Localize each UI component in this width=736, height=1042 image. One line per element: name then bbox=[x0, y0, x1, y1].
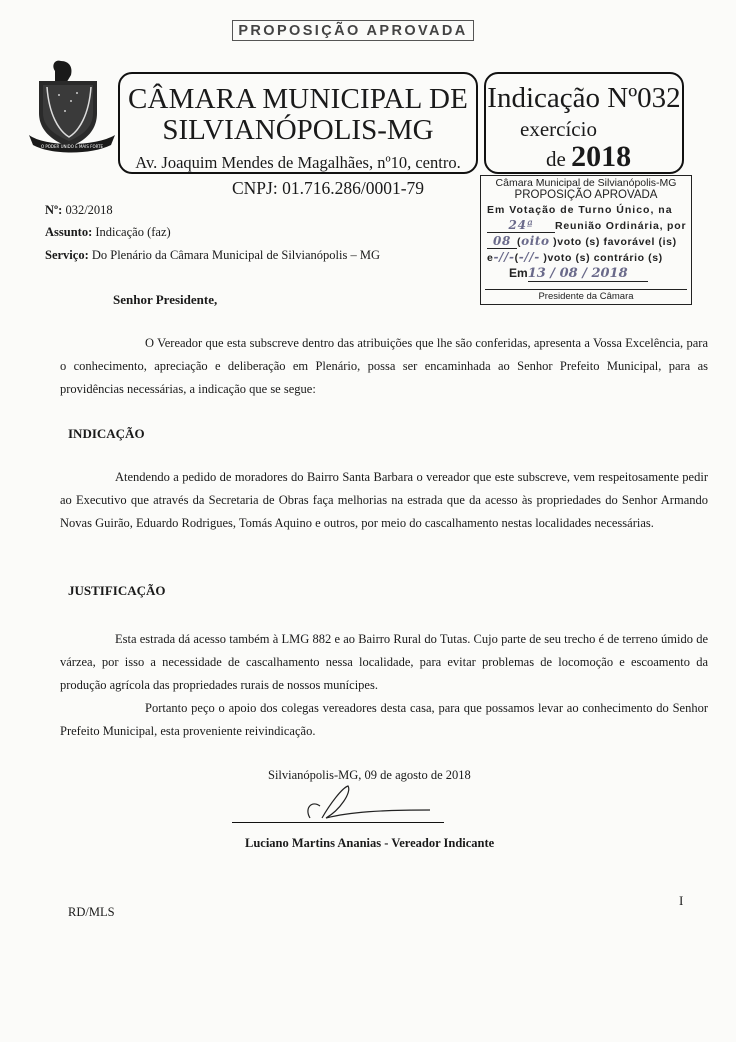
votes-for-words-handwritten: oito bbox=[521, 234, 550, 248]
svg-text:O PODER UNIDO É MAIS FORTE: O PODER UNIDO É MAIS FORTE bbox=[41, 144, 104, 149]
votes-for-handwritten: 08 bbox=[487, 234, 517, 249]
votes-against-label: )voto (s) contrário (s) bbox=[543, 252, 662, 264]
indicacao-number-box: Indicação Nº032 exercício de 2018 bbox=[484, 72, 684, 174]
justificacao-paragraph-2: Portanto peço o apoio dos colegas veread… bbox=[60, 697, 708, 743]
indicacao-number: Indicação Nº032 bbox=[486, 82, 682, 115]
meta-assunto: Assunto: Indicação (faz) bbox=[45, 225, 171, 240]
approval-date-handwritten: 13 / 08 / 2018 bbox=[528, 266, 648, 282]
justificacao-paragraph-1: Esta estrada dá acesso também à LMG 882 … bbox=[60, 628, 708, 697]
approval-stamp: Câmara Municipal de Silvianópolis-MG PRO… bbox=[480, 175, 692, 305]
indicacao-paragraph: Atendendo a pedido de moradores do Bairr… bbox=[60, 466, 708, 535]
meta-servico: Serviço: Do Plenário da Câmara Municipal… bbox=[45, 248, 380, 263]
signer-name: Luciano Martins Ananias - Vereador Indic… bbox=[245, 836, 494, 851]
exercicio-year: de 2018 bbox=[546, 140, 682, 174]
reuniao-number-handwritten: 24ª bbox=[487, 218, 555, 233]
page-mark: I bbox=[679, 893, 683, 909]
votes-against-words-handwritten: -//- bbox=[519, 250, 540, 264]
approved-stamp-top: PROPOSIÇÃO APROVADA bbox=[232, 20, 474, 41]
cnpj: CNPJ: 01.716.286/0001-79 bbox=[232, 178, 424, 199]
footer-initials: RD/MLS bbox=[68, 901, 115, 924]
chamber-title-line1: CÂMARA MUNICIPAL DE bbox=[120, 84, 476, 114]
approval-stamp-title: PROPOSIÇÃO APROVADA bbox=[481, 189, 691, 201]
justificacao-heading: JUSTIFICAÇÃO bbox=[68, 583, 166, 599]
chamber-address: Av. Joaquim Mendes de Magalhães, nº10, c… bbox=[120, 153, 476, 173]
chamber-title-line2: SILVIANÓPOLIS-MG bbox=[120, 114, 476, 146]
approval-stamp-vote-line: Em Votação de Turno Único, na bbox=[487, 204, 691, 216]
coat-of-arms-icon: O PODER UNIDO É MAIS FORTE bbox=[25, 55, 120, 155]
approval-date-label: Em bbox=[509, 266, 528, 280]
chamber-header: CÂMARA MUNICIPAL DE SILVIANÓPOLIS-MG Av.… bbox=[118, 72, 478, 174]
meta-numero: Nº: 032/2018 bbox=[45, 203, 113, 218]
signature-line bbox=[232, 822, 444, 823]
votes-against-handwritten: -//- bbox=[493, 250, 514, 264]
approval-stamp-signature-label: Presidente da Câmara bbox=[481, 291, 691, 302]
intro-paragraph: O Vereador que esta subscreve dentro das… bbox=[60, 332, 708, 401]
votes-for-label: )voto (s) favorável (is) bbox=[553, 236, 677, 248]
indicacao-heading: INDICAÇÃO bbox=[68, 426, 145, 442]
salutation: Senhor Presidente, bbox=[113, 292, 217, 308]
approval-stamp-chamber: Câmara Municipal de Silvianópolis-MG bbox=[481, 177, 691, 189]
exercicio-label: exercício bbox=[520, 117, 682, 142]
reuniao-label: Reunião Ordinária, por bbox=[555, 220, 686, 232]
